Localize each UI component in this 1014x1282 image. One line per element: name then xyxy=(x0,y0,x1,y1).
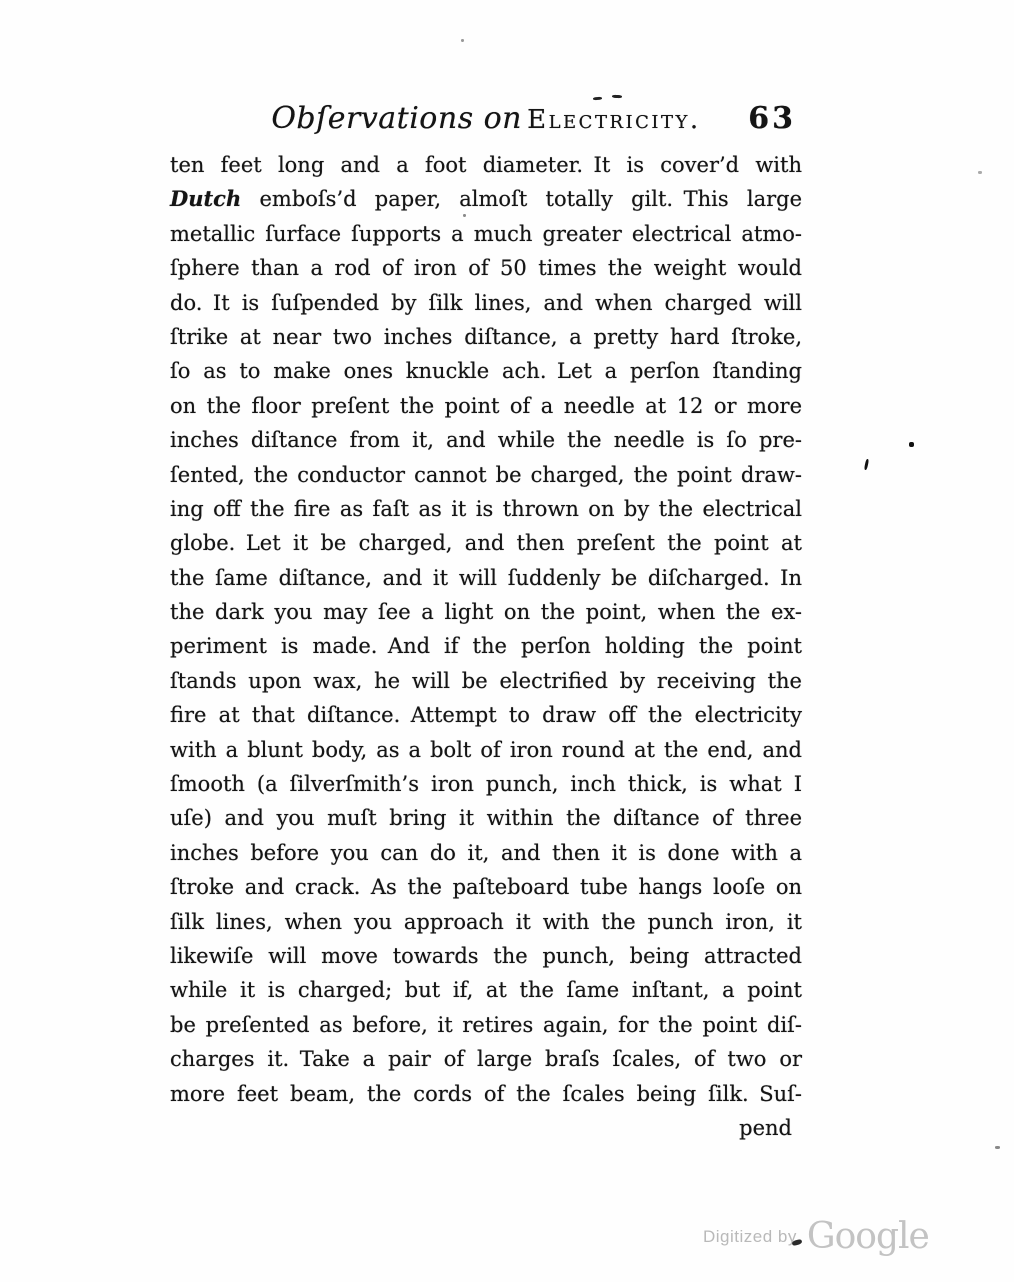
text-line: ſmooth (a ſilverſmith’s iron punch, inch… xyxy=(170,767,802,801)
page-title: Obſervations on Electricity. xyxy=(170,101,802,136)
page-title-italic: Obſervations on xyxy=(271,101,522,136)
text-line: inches diſtance from it, and while the n… xyxy=(170,423,802,457)
text-line: fire at that diſtance. Attempt to draw o… xyxy=(170,698,802,732)
text-line: metallic ſurface ſupports a much greater… xyxy=(170,217,802,251)
text-line: likewiſe will move towards the punch, be… xyxy=(170,939,802,973)
line-text: metallic ſurface ſupports a much greater… xyxy=(170,222,802,246)
ink-speck xyxy=(612,95,622,99)
watermark: Digitized by Google xyxy=(703,1216,929,1257)
line-text: charges it. Take a pair of large braſs ſ… xyxy=(170,1047,802,1071)
text-line: uſe) and you muſt bring it within the di… xyxy=(170,801,802,835)
text-line: with a blunt body, as a bolt of iron rou… xyxy=(170,733,802,767)
line-text: ſtands upon wax, he will be electrified … xyxy=(170,669,802,693)
line-text: ſtroke and crack. As the paſteboard tube… xyxy=(170,875,802,899)
text-line: ſilk lines, when you approach it with th… xyxy=(170,905,802,939)
ink-speck xyxy=(978,171,982,174)
text-line: ſtands upon wax, he will be electrified … xyxy=(170,664,802,698)
text-line: the ſame diſtance, and it will ſuddenly … xyxy=(170,561,802,595)
line-text: do. It is ſuſpended by ſilk lines, and w… xyxy=(170,291,802,315)
text-line: do. It is ſuſpended by ſilk lines, and w… xyxy=(170,286,802,320)
line-text: periment is made. And if the perſon hold… xyxy=(170,634,802,658)
ink-speck xyxy=(995,1146,1000,1149)
google-logo: Google xyxy=(807,1216,929,1257)
text-line: ing off the fire as faſt as it is thrown… xyxy=(170,492,802,526)
line-text: emboſs’d paper, almoſt totally gilt. Thi… xyxy=(241,187,802,211)
line-text: fire at that diſtance. Attempt to draw o… xyxy=(170,703,802,727)
line-text: while it is charged; but if, at the ſame… xyxy=(170,978,802,1002)
text-block: ten feet long and a foot diameter. It is… xyxy=(170,148,802,1145)
text-line: more feet beam, the cords of the ſcales … xyxy=(170,1077,802,1111)
catchword: pend xyxy=(170,1111,802,1145)
text-line: while it is charged; but if, at the ſame… xyxy=(170,973,802,1007)
ink-speck xyxy=(461,39,464,42)
text-line: ſtroke and crack. As the paſteboard tube… xyxy=(170,870,802,904)
line-text: ſmooth (a ſilverſmith’s iron punch, inch… xyxy=(170,772,802,796)
digitized-by-label: Digitized by xyxy=(703,1227,797,1247)
text-line: be preſented as before, it retires again… xyxy=(170,1008,802,1042)
scanned-book-page: Obſervations on Electricity. 63 ten feet… xyxy=(0,0,1014,1282)
line-text: ten feet long and a foot diameter. It is… xyxy=(170,153,802,177)
emphasized-word: Dutch xyxy=(170,186,241,211)
text-line: the dark you may ſee a light on the poin… xyxy=(170,595,802,629)
line-text: on the floor preſent the point of a need… xyxy=(170,394,802,418)
line-text: inches diſtance from it, and while the n… xyxy=(170,428,802,452)
line-text: ſphere than a rod of iron of 50 times th… xyxy=(170,256,802,280)
line-text: ſtrike at near two inches diſtance, a pr… xyxy=(170,325,802,349)
ink-speck xyxy=(593,97,602,101)
line-text: globe. Let it be charged, and then preſe… xyxy=(170,531,802,555)
text-line: ſphere than a rod of iron of 50 times th… xyxy=(170,251,802,285)
text-line: on the floor preſent the point of a need… xyxy=(170,389,802,423)
text-line: ſtrike at near two inches diſtance, a pr… xyxy=(170,320,802,354)
text-line: ten feet long and a foot diameter. It is… xyxy=(170,148,802,182)
line-text: ſented, the conductor cannot be charged,… xyxy=(170,463,802,487)
line-text: inches before you can do it, and then it… xyxy=(170,841,802,865)
text-line: inches before you can do it, and then it… xyxy=(170,836,802,870)
running-head: Obſervations on Electricity. 63 xyxy=(170,101,802,143)
text-line: charges it. Take a pair of large braſs ſ… xyxy=(170,1042,802,1076)
line-text: more feet beam, the cords of the ſcales … xyxy=(170,1082,802,1106)
line-text: likewiſe will move towards the punch, be… xyxy=(170,944,802,968)
page-number: 63 xyxy=(748,101,796,136)
line-text: ing off the fire as faſt as it is thrown… xyxy=(170,497,802,521)
text-line: ſo as to make ones knuckle ach. Let a pe… xyxy=(170,354,802,388)
text-line: globe. Let it be charged, and then preſe… xyxy=(170,526,802,560)
line-text: ſilk lines, when you approach it with th… xyxy=(170,910,802,934)
text-line: periment is made. And if the perſon hold… xyxy=(170,629,802,663)
line-text: with a blunt body, as a bolt of iron rou… xyxy=(170,738,802,762)
ink-speck xyxy=(864,459,869,470)
page-title-smallcaps: Electricity. xyxy=(527,105,701,135)
text-line: Dutch emboſs’d paper, almoſt totally gil… xyxy=(170,182,802,216)
line-text: ſo as to make ones knuckle ach. Let a pe… xyxy=(170,359,802,383)
line-text: the dark you may ſee a light on the poin… xyxy=(170,600,802,624)
line-text: uſe) and you muſt bring it within the di… xyxy=(170,806,802,830)
ink-speck xyxy=(909,442,914,447)
ink-speck xyxy=(463,214,466,217)
text-line: ſented, the conductor cannot be charged,… xyxy=(170,458,802,492)
line-text: be preſented as before, it retires again… xyxy=(170,1013,802,1037)
line-text: the ſame diſtance, and it will ſuddenly … xyxy=(170,566,802,590)
